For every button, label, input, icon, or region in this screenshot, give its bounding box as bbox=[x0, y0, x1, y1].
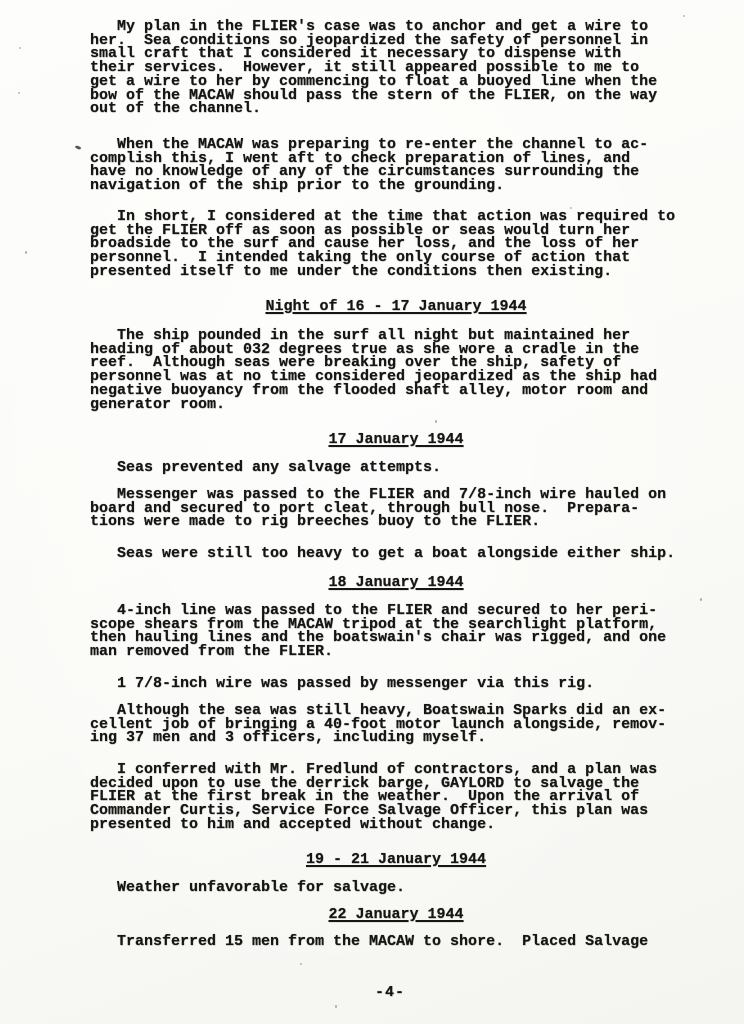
paragraph-messenger-passed: Messenger was passed to the FLIER and 7/… bbox=[90, 488, 702, 529]
paragraph-weather-unfavorable: Weather unfavorable for salvage. bbox=[90, 881, 702, 895]
scan-speck bbox=[700, 598, 702, 601]
scan-speck bbox=[435, 420, 437, 423]
scan-smudge-mark bbox=[75, 145, 82, 150]
page-number: -4- bbox=[90, 986, 690, 1000]
scan-speck bbox=[300, 963, 302, 965]
paragraph-conferred-fredlund: I conferred with Mr. Fredlund of contrac… bbox=[90, 763, 702, 832]
paragraph-4-inch-line: 4-inch line was passed to the FLIER and … bbox=[90, 604, 702, 659]
paragraph-boatswain-sparks: Although the sea was still heavy, Boatsw… bbox=[90, 704, 702, 745]
scan-speck bbox=[570, 207, 572, 209]
paragraph-macaw-reenter: When the MACAW was preparing to re-enter… bbox=[90, 138, 702, 193]
paragraph-ship-pounded: The ship pounded in the surf all night b… bbox=[90, 329, 702, 411]
paragraph-transferred-15-men: Transferred 15 men from the MACAW to sho… bbox=[90, 935, 702, 949]
section-heading-night-16-17: Night of 16 - 17 January 1944 bbox=[90, 300, 702, 314]
section-heading-17-jan: 17 January 1944 bbox=[90, 433, 702, 447]
section-heading-19-21-jan: 19 - 21 January 1944 bbox=[90, 853, 702, 867]
paragraph-seas-prevented: Seas prevented any salvage attempts. bbox=[90, 461, 702, 475]
scan-speck bbox=[683, 15, 685, 17]
section-heading-22-jan: 22 January 1944 bbox=[90, 908, 702, 922]
scan-speck bbox=[25, 251, 27, 254]
scan-speck bbox=[335, 1005, 337, 1008]
section-heading-18-jan: 18 January 1944 bbox=[90, 576, 702, 590]
paragraph-flier-plan: My plan in the FLIER's case was to ancho… bbox=[90, 20, 702, 116]
document-page: My plan in the FLIER's case was to ancho… bbox=[0, 0, 744, 1024]
paragraph-in-short: In short, I considered at the time that … bbox=[90, 210, 702, 279]
paragraph-seas-too-heavy: Seas were still too heavy to get a boat … bbox=[90, 547, 702, 561]
paragraph-wire-messenger: 1 7/8-inch wire was passed by messenger … bbox=[90, 677, 702, 691]
scan-speck bbox=[18, 92, 20, 94]
scan-speck bbox=[19, 47, 21, 49]
